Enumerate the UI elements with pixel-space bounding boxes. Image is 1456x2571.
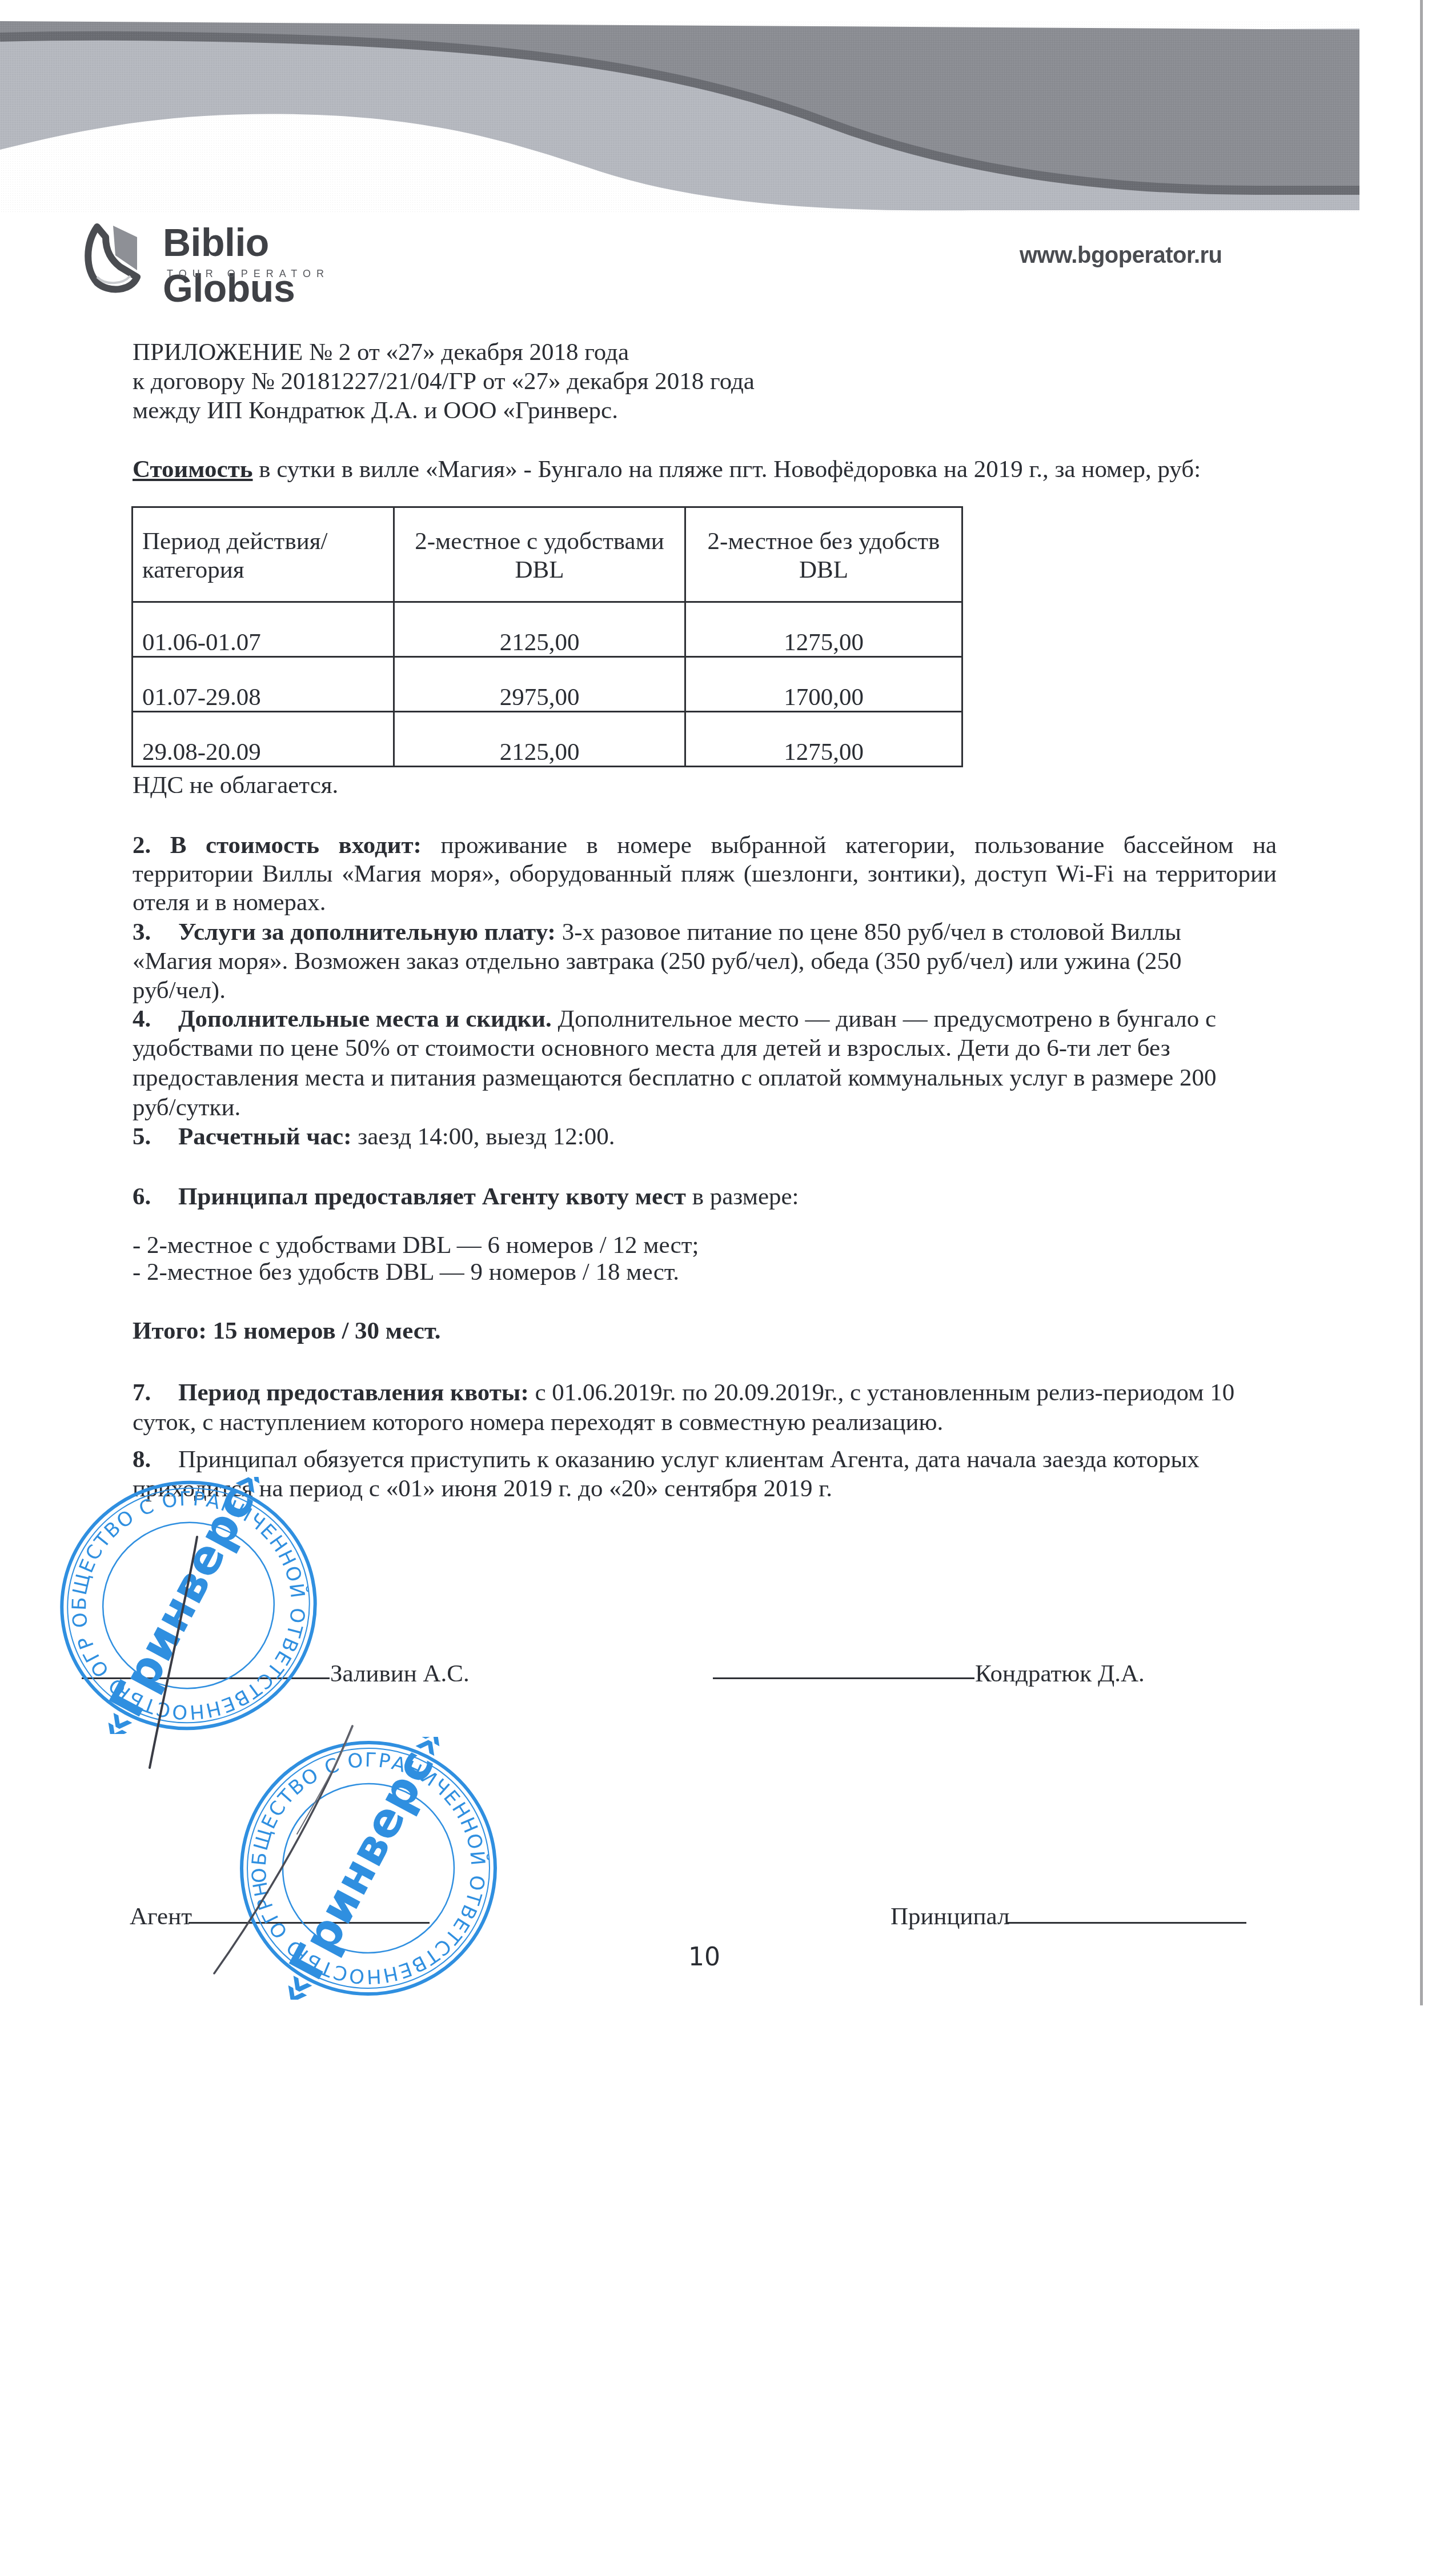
cost-intro: Стоимость в сутки в вилле «Магия» - Бунг… <box>133 455 1201 484</box>
header-period: Период действия/категория <box>133 507 394 602</box>
page-number: 10 <box>688 1943 720 1972</box>
cell-dbl-without: 1275,00 <box>685 712 962 767</box>
handwritten-signature-icon <box>0 1485 457 2000</box>
cell-dbl-with: 2125,00 <box>394 602 685 657</box>
cell-dbl-without: 1275,00 <box>685 602 962 657</box>
item-7-label: Период предоставления квоты: <box>178 1379 529 1406</box>
page-edge-rule <box>1420 0 1423 2005</box>
cell-dbl-with: 2975,00 <box>394 657 685 712</box>
cell-period: 29.08-20.09 <box>133 712 394 767</box>
vat-note: НДС не облагается. <box>133 771 338 800</box>
item-7-line-2: суток, с наступлением которого номера пе… <box>133 1408 943 1437</box>
item-2-line-3: отеля и в номерах. <box>133 888 326 917</box>
item-2-label: В стоимость входит: <box>170 832 422 859</box>
signatory-kondratyuk: Кондратюк Д.А. <box>975 1660 1145 1688</box>
table-row: 29.08-20.09 2125,00 1275,00 <box>133 712 962 767</box>
contract-parties: между ИП Кондратюк Д.А. и ООО «Гринверс. <box>133 397 618 425</box>
brand-name: Biblio Globus <box>163 220 400 311</box>
header-wave-banner <box>0 0 1456 229</box>
cost-description: в сутки в вилле «Магия» - Бунгало на пля… <box>253 456 1201 483</box>
item-6: 6.Принципал предоставляет Агенту квоту м… <box>133 1183 799 1211</box>
biblio-globus-logo-icon <box>80 220 149 294</box>
table-row: 01.07-29.08 2975,00 1700,00 <box>133 657 962 712</box>
item-4-line-1: 4.Дополнительные места и скидки. Дополни… <box>133 1005 1216 1034</box>
item-3-label: Услуги за дополнительную плату: <box>178 919 556 946</box>
quota-total: Итого: 15 номеров / 30 мест. <box>133 1317 441 1345</box>
table-row: 01.06-01.07 2125,00 1275,00 <box>133 602 962 657</box>
item-4-label: Дополнительные места и скидки. <box>178 1006 552 1032</box>
appendix-title: ПРИЛОЖЕНИЕ № 2 от «27» декабря 2018 года <box>133 338 629 367</box>
quota-bullet: - 2-местное с удобствами DBL — 6 номеров… <box>133 1231 699 1260</box>
item-3-line-3: руб/чел). <box>133 976 226 1005</box>
cell-dbl-with: 2125,00 <box>394 712 685 767</box>
brand-tagline: TOUR OPERATOR <box>167 268 330 280</box>
item-3-line-2: «Магия моря». Возможен заказ отдельно за… <box>133 947 1181 976</box>
item-2-line-1: 2. В стоимость входит: проживание в номе… <box>133 831 1277 860</box>
header-dbl-without-amenities: 2-местное без удобствDBL <box>685 507 962 602</box>
signature-line-kondratyuk[interactable] <box>713 1677 974 1679</box>
principal-label: Принципал <box>891 1903 1010 1931</box>
item-4-line-2: удобствами по цене 50% от стоимости осно… <box>133 1034 1170 1063</box>
quota-bullet: - 2-местное без удобств DBL — 9 номеров … <box>133 1258 679 1287</box>
header-dbl-with-amenities: 2-местное с удобствамиDBL <box>394 507 685 602</box>
signature-line-principal[interactable] <box>1006 1922 1246 1924</box>
cell-period: 01.06-01.07 <box>133 602 394 657</box>
item-4-line-3: предоставления места и питания размещают… <box>133 1064 1216 1092</box>
contract-reference: к договору № 20181227/21/04/ГР от «27» д… <box>133 367 755 396</box>
cell-dbl-without: 1700,00 <box>685 657 962 712</box>
cell-period: 01.07-29.08 <box>133 657 394 712</box>
item-2-line-2: территории Виллы «Магия моря», оборудова… <box>133 860 1277 888</box>
item-3-line-1: 3.Услуги за дополнительную плату: 3-х ра… <box>133 918 1181 947</box>
item-8-line-1: 8.Принципал обязуется приступить к оказа… <box>133 1445 1200 1474</box>
item-6-label: Принципал предоставляет Агенту квоту мес… <box>178 1183 686 1210</box>
brand-logo: Biblio Globus TOUR OPERATOR <box>80 220 400 294</box>
price-table: Период действия/категория 2-местное с уд… <box>131 506 963 767</box>
table-header-row: Период действия/категория 2-местное с уд… <box>133 507 962 602</box>
website-url[interactable]: www.bgoperator.ru <box>1020 243 1222 269</box>
item-5: 5.Расчетный час: заезд 14:00, выезд 12:0… <box>133 1123 615 1151</box>
item-5-label: Расчетный час: <box>178 1123 351 1150</box>
item-4-line-4: руб/сутки. <box>133 1094 240 1122</box>
item-7-line-1: 7.Период предоставления квоты: с 01.06.2… <box>133 1379 1234 1407</box>
cost-label: Стоимость <box>133 456 253 483</box>
